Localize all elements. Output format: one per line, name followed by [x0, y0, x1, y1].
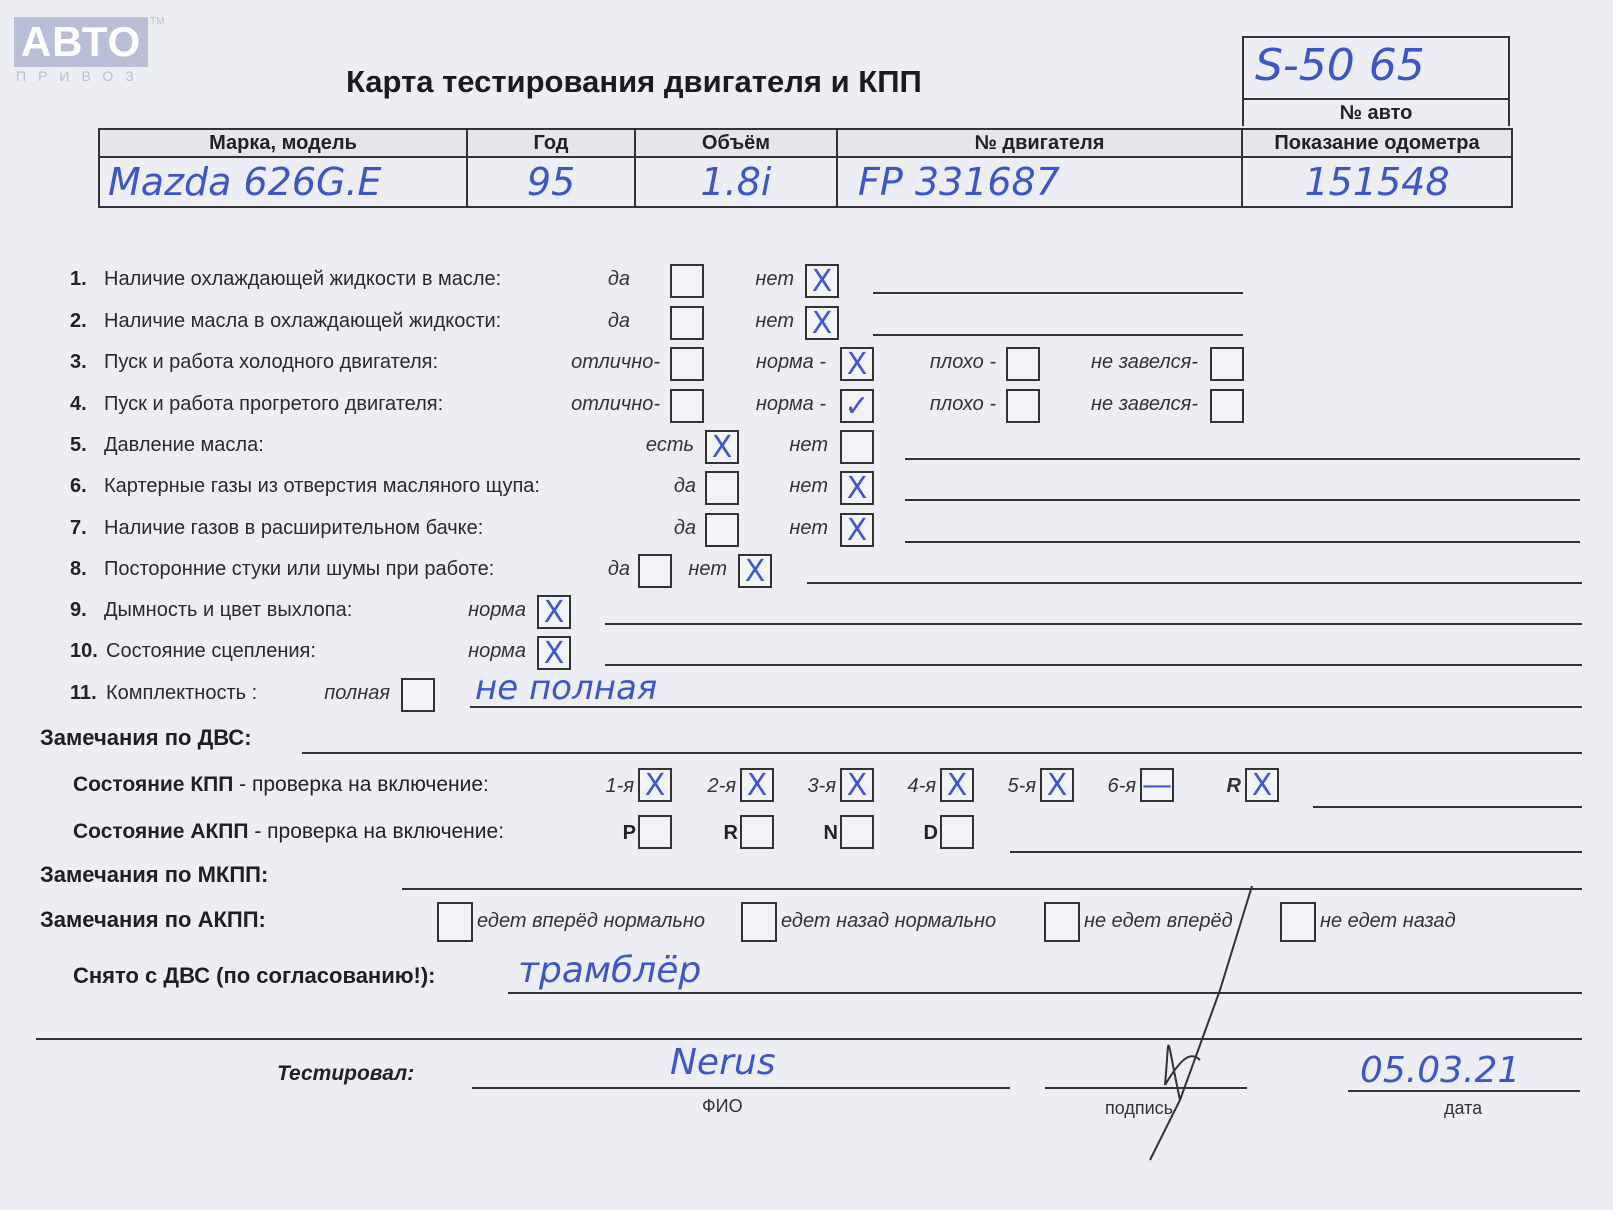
check-question: Дымность и цвет выхлопа:: [104, 599, 352, 622]
remarks-line[interactable]: [905, 458, 1580, 460]
mkpp-remarks-line[interactable]: [402, 888, 1582, 890]
check-question: Наличие охлаждающей жидкости в масле:: [104, 268, 501, 291]
option-checkbox[interactable]: [1006, 389, 1040, 423]
option-checkbox[interactable]: [670, 389, 704, 423]
position-label: P: [623, 822, 636, 845]
check-number: 11.: [70, 682, 97, 705]
check-number: 3.: [70, 351, 87, 374]
option-label: да: [674, 517, 696, 540]
check-number: 1.: [70, 268, 87, 291]
option-checkbox[interactable]: X: [705, 430, 739, 464]
option-checkbox[interactable]: [840, 430, 874, 464]
logo: АВТО: [14, 17, 148, 67]
tested-by-label: Тестировал:: [277, 1062, 414, 1086]
gear-label: 2-я: [708, 775, 736, 798]
option-checkbox[interactable]: [638, 554, 672, 588]
option-label: нет: [789, 475, 828, 498]
check-number: 6.: [70, 475, 87, 498]
check-question: Посторонние стуки или шумы при работе:: [104, 558, 494, 581]
gear-checkbox[interactable]: X: [1040, 768, 1074, 802]
value-odometer[interactable]: 151548: [1242, 157, 1512, 207]
option-checkbox[interactable]: X: [805, 306, 839, 340]
gear-label: 6-я: [1108, 775, 1136, 798]
position-checkbox[interactable]: [740, 815, 774, 849]
remarks-line[interactable]: [873, 292, 1243, 294]
header-volume: Объём: [635, 129, 837, 157]
option-label: да: [608, 558, 630, 581]
option-checkbox[interactable]: [401, 678, 435, 712]
manual-gearbox-line[interactable]: [1313, 806, 1582, 808]
check-question: Давление масла:: [104, 434, 264, 457]
option-label: нет: [789, 517, 828, 540]
car-number-label: № авто: [1242, 98, 1510, 126]
check-question: Пуск и работа холодного двигателя:: [104, 351, 438, 374]
check-number: 9.: [70, 599, 87, 622]
engine-remarks-label: Замечания по ДВС:: [40, 725, 252, 751]
option-label: полная: [324, 682, 390, 705]
option-label: плохо -: [930, 351, 996, 374]
name-line: [472, 1087, 1010, 1089]
gear-label: R: [1227, 775, 1241, 798]
option-checkbox[interactable]: X: [537, 636, 571, 670]
gear-label: 5-я: [1008, 775, 1036, 798]
option-checkbox[interactable]: ✓: [840, 389, 874, 423]
position-checkbox[interactable]: [638, 815, 672, 849]
option-label: норма: [468, 640, 526, 663]
tester-name[interactable]: Nerus: [670, 1042, 775, 1083]
name-caption: ФИО: [702, 1096, 743, 1117]
option-label: нет: [755, 310, 794, 333]
page-title: Карта тестирования двигателя и КПП: [346, 64, 922, 100]
manual-gearbox-label-bold: Состояние КПП: [73, 773, 233, 796]
option-label: отлично-: [571, 351, 660, 374]
check-question: Состояние сцепления:: [106, 640, 316, 663]
mkpp-remarks-label: Замечания по МКПП:: [40, 862, 268, 888]
gear-checkbox[interactable]: —: [1140, 768, 1174, 802]
option-label: да: [674, 475, 696, 498]
remarks-line[interactable]: [873, 334, 1243, 336]
logo-subtitle: ПРИВОЗ: [16, 68, 146, 84]
option-label: нет: [789, 434, 828, 457]
removed-line: [508, 992, 1582, 994]
position-checkbox[interactable]: [840, 815, 874, 849]
option-checkbox[interactable]: X: [738, 554, 772, 588]
option-label: не завелся-: [1091, 393, 1198, 416]
gear-checkbox[interactable]: X: [940, 768, 974, 802]
option-checkbox[interactable]: [1210, 389, 1244, 423]
value-year[interactable]: 95: [467, 157, 635, 207]
auto-gearbox-line[interactable]: [1010, 851, 1582, 853]
option-checkbox[interactable]: [670, 264, 704, 298]
position-label: D: [924, 822, 938, 845]
akpp-option-checkbox[interactable]: [1280, 902, 1316, 942]
check-question: Комплектность :: [106, 682, 257, 705]
value-make-model[interactable]: Mazda 626G.E: [99, 157, 467, 207]
auto-gearbox-label-rest: - проверка на включение:: [249, 820, 505, 843]
check-number: 10.: [70, 640, 98, 663]
akpp-option-checkbox[interactable]: [741, 902, 777, 942]
check-number: 5.: [70, 434, 87, 457]
check-question: Наличие масла в охлаждающей жидкости:: [104, 310, 501, 333]
auto-gearbox-label: Состояние АКПП - проверка на включение:: [73, 820, 504, 844]
gear-checkbox[interactable]: X: [840, 768, 874, 802]
date-value[interactable]: 05.03.21: [1360, 1050, 1520, 1091]
position-label: N: [824, 822, 838, 845]
check-number: 2.: [70, 310, 87, 333]
option-checkbox[interactable]: [705, 471, 739, 505]
check-question: Картерные газы из отверстия масляного щу…: [104, 475, 540, 498]
akpp-remarks-label: Замечания по АКПП:: [40, 907, 266, 933]
gear-checkbox[interactable]: X: [1245, 768, 1279, 802]
option-label: не завелся-: [1091, 351, 1198, 374]
signature-icon[interactable]: [1070, 880, 1270, 1170]
option-checkbox[interactable]: [670, 347, 704, 381]
option-checkbox[interactable]: X: [840, 471, 874, 505]
manual-gearbox-label: Состояние КПП - проверка на включение:: [73, 773, 489, 797]
gear-label: 1-я: [606, 775, 634, 798]
completeness-note[interactable]: не полная: [475, 668, 657, 708]
akpp-option-label: не едет назад: [1320, 910, 1456, 933]
date-line: [1348, 1090, 1580, 1092]
option-checkbox[interactable]: [1006, 347, 1040, 381]
gear-label: 3-я: [808, 775, 836, 798]
remarks-line[interactable]: [807, 582, 1582, 584]
option-label: норма -: [756, 351, 826, 374]
option-label: нет: [755, 268, 794, 291]
check-number: 7.: [70, 517, 87, 540]
option-label: норма: [468, 599, 526, 622]
akpp-option-checkbox[interactable]: [437, 902, 473, 942]
position-checkbox[interactable]: [940, 815, 974, 849]
check-question: Наличие газов в расширительном бачке:: [104, 517, 483, 540]
header-odometer: Показание одометра: [1242, 129, 1512, 157]
option-checkbox[interactable]: [1210, 347, 1244, 381]
option-label: да: [608, 268, 630, 291]
option-checkbox[interactable]: [705, 513, 739, 547]
check-number: 8.: [70, 558, 87, 581]
option-checkbox[interactable]: X: [840, 347, 874, 381]
option-label: нет: [688, 558, 727, 581]
option-label: отлично-: [571, 393, 660, 416]
option-checkbox[interactable]: X: [805, 264, 839, 298]
position-label: R: [724, 822, 738, 845]
option-checkbox[interactable]: [670, 306, 704, 340]
option-checkbox[interactable]: X: [537, 595, 571, 629]
check-number: 4.: [70, 393, 87, 416]
akpp-option-label: едет вперёд нормально: [477, 910, 705, 933]
manual-gearbox-label-rest: - проверка на включение:: [233, 773, 489, 796]
engine-remarks-line[interactable]: [302, 752, 1582, 754]
header-engine-number: № двигателя: [837, 129, 1242, 157]
remarks-line[interactable]: [905, 499, 1580, 501]
date-caption: дата: [1444, 1098, 1482, 1119]
header-make-model: Марка, модель: [99, 129, 467, 157]
remarks-line[interactable]: [605, 623, 1582, 625]
remarks-line[interactable]: [905, 541, 1580, 543]
car-number-value[interactable]: S-50 65: [1255, 40, 1425, 91]
value-engine-number[interactable]: FP 331687: [837, 157, 1242, 207]
header-year: Год: [467, 129, 635, 157]
akpp-option-label: едет назад нормально: [781, 910, 996, 933]
gear-checkbox[interactable]: X: [638, 768, 672, 802]
check-question: Пуск и работа прогретого двигателя:: [104, 393, 443, 416]
removed-value[interactable]: трамблёр: [518, 950, 701, 991]
car-info-table: Марка, модель Год Объём № двигателя Пока…: [98, 128, 1513, 208]
divider-line: [36, 1038, 1582, 1040]
value-volume[interactable]: 1.8i: [635, 157, 837, 207]
gear-checkbox[interactable]: X: [740, 768, 774, 802]
auto-gearbox-label-bold: Состояние АКПП: [73, 820, 249, 843]
option-label: да: [608, 310, 630, 333]
option-checkbox[interactable]: X: [840, 513, 874, 547]
removed-label: Снято с ДВС (по согласованию!):: [73, 963, 436, 989]
logo-trademark: TM: [150, 16, 164, 27]
option-label: есть: [646, 434, 694, 457]
signature-caption: подпись: [1105, 1098, 1173, 1119]
option-label: норма -: [756, 393, 826, 416]
remarks-line[interactable]: [605, 664, 1582, 666]
gear-label: 4-я: [908, 775, 936, 798]
option-label: плохо -: [930, 393, 996, 416]
